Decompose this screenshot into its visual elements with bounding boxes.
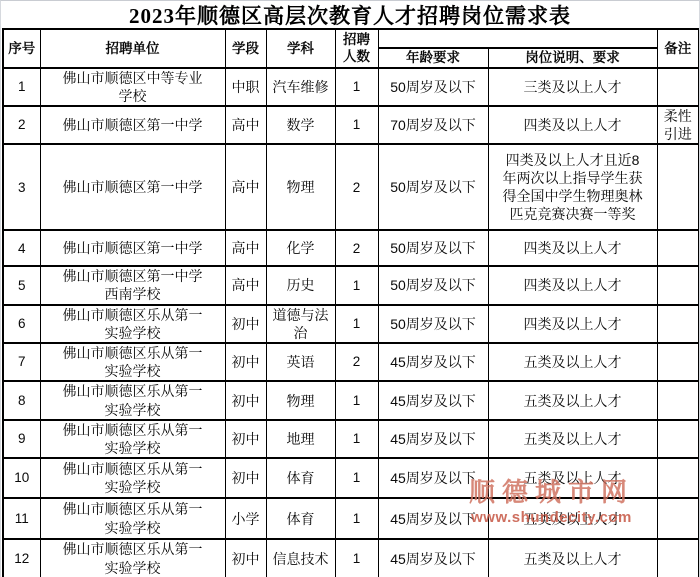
cell-subject: 数学	[266, 106, 335, 144]
table-row: 6 佛山市顺德区乐从第一 实验学校 初中 道德与法 治 1 50周岁及以下 四类…	[3, 305, 699, 343]
col-header-unit: 招聘单位	[40, 29, 225, 68]
cell-count: 1	[335, 420, 378, 458]
cell-index: 3	[3, 144, 40, 230]
cell-subject: 地理	[266, 420, 335, 458]
cell-description: 五类及以上人才	[488, 381, 657, 419]
cell-subject: 物理	[266, 144, 335, 230]
cell-description: 五类及以上人才	[488, 458, 657, 498]
cell-age: 50周岁及以下	[378, 266, 488, 304]
cell-age: 45周岁及以下	[378, 458, 488, 498]
cell-subject: 道德与法 治	[266, 305, 335, 343]
cell-description: 四类及以上人才	[488, 230, 657, 266]
cell-unit: 佛山市顺德区乐从第一 实验学校	[40, 381, 225, 419]
cell-stage: 初中	[225, 343, 266, 381]
cell-remark	[657, 539, 699, 577]
table-body: 1 佛山市顺德区中等专业 学校 中职 汽车维修 1 50周岁及以下 三类及以上人…	[3, 68, 699, 577]
cell-subject: 历史	[266, 266, 335, 304]
cell-index: 5	[3, 266, 40, 304]
cell-description: 五类及以上人才	[488, 343, 657, 381]
cell-remark	[657, 458, 699, 498]
cell-description: 四类及以上人才	[488, 106, 657, 144]
page-title: 2023年顺德区高层次教育人才招聘岗位需求表	[1, 1, 699, 28]
recruitment-table: 序号 招聘单位 学段 学科 招聘 人数 备注 年龄要求 岗位说明、要求 1 佛山…	[2, 28, 700, 577]
cell-age: 50周岁及以下	[378, 305, 488, 343]
cell-unit: 佛山市顺德区第一中学	[40, 144, 225, 230]
cell-index: 8	[3, 381, 40, 419]
cell-subject: 汽车维修	[266, 68, 335, 106]
cell-remark	[657, 230, 699, 266]
cell-stage: 初中	[225, 305, 266, 343]
cell-index: 7	[3, 343, 40, 381]
table-row: 7 佛山市顺德区乐从第一 实验学校 初中 英语 2 45周岁及以下 五类及以上人…	[3, 343, 699, 381]
cell-remark: 柔性 引进	[657, 106, 699, 144]
cell-count: 1	[335, 106, 378, 144]
table-row: 5 佛山市顺德区第一中学 西南学校 高中 历史 1 50周岁及以下 四类及以上人…	[3, 266, 699, 304]
cell-stage: 小学	[225, 498, 266, 539]
cell-stage: 初中	[225, 420, 266, 458]
table-row: 10 佛山市顺德区乐从第一 实验学校 初中 体育 1 45周岁及以下 五类及以上…	[3, 458, 699, 498]
cell-unit: 佛山市顺德区第一中学 西南学校	[40, 266, 225, 304]
cell-description: 四类及以上人才	[488, 305, 657, 343]
cell-unit: 佛山市顺德区第一中学	[40, 106, 225, 144]
cell-age: 50周岁及以下	[378, 68, 488, 106]
col-header-subject: 学科	[266, 29, 335, 68]
cell-count: 1	[335, 266, 378, 304]
cell-count: 2	[335, 144, 378, 230]
cell-subject: 信息技术	[266, 539, 335, 577]
cell-remark	[657, 343, 699, 381]
cell-description: 三类及以上人才	[488, 68, 657, 106]
cell-description: 五类及以上人才	[488, 539, 657, 577]
cell-count: 1	[335, 68, 378, 106]
cell-count: 1	[335, 381, 378, 419]
cell-index: 4	[3, 230, 40, 266]
cell-subject: 体育	[266, 498, 335, 539]
cell-age: 45周岁及以下	[378, 539, 488, 577]
cell-age: 70周岁及以下	[378, 106, 488, 144]
cell-count: 1	[335, 305, 378, 343]
col-header-age: 年龄要求	[378, 48, 488, 68]
cell-index: 1	[3, 68, 40, 106]
cell-stage: 初中	[225, 381, 266, 419]
header-row-top: 序号 招聘单位 学段 学科 招聘 人数 备注	[3, 29, 699, 48]
table-row: 11 佛山市顺德区乐从第一 实验学校 小学 体育 1 45周岁及以下 五类及以上…	[3, 498, 699, 539]
cell-age: 50周岁及以下	[378, 144, 488, 230]
cell-age: 45周岁及以下	[378, 420, 488, 458]
cell-count: 2	[335, 230, 378, 266]
cell-index: 12	[3, 539, 40, 577]
cell-description: 四类及以上人才且近8 年两次以上指导学生获 得全国中学生物理奥林 匹克竞赛决赛一…	[488, 144, 657, 230]
cell-count: 1	[335, 458, 378, 498]
col-header-description: 岗位说明、要求	[488, 48, 657, 68]
cell-unit: 佛山市顺德区乐从第一 实验学校	[40, 305, 225, 343]
cell-description: 四类及以上人才	[488, 266, 657, 304]
cell-remark	[657, 305, 699, 343]
cell-description: 五类及以上人才	[488, 420, 657, 458]
cell-remark	[657, 381, 699, 419]
cell-index: 2	[3, 106, 40, 144]
col-header-remark: 备注	[657, 29, 699, 68]
table-row: 4 佛山市顺德区第一中学 高中 化学 2 50周岁及以下 四类及以上人才	[3, 230, 699, 266]
cell-age: 45周岁及以下	[378, 343, 488, 381]
cell-index: 6	[3, 305, 40, 343]
cell-unit: 佛山市顺德区第一中学	[40, 230, 225, 266]
cell-remark	[657, 144, 699, 230]
cell-unit: 佛山市顺德区乐从第一 实验学校	[40, 498, 225, 539]
document-page: 2023年顺德区高层次教育人才招聘岗位需求表 序号 招聘单位 学段 学科 招聘 …	[0, 0, 700, 577]
cell-unit: 佛山市顺德区乐从第一 实验学校	[40, 420, 225, 458]
cell-stage: 初中	[225, 539, 266, 577]
cell-subject: 化学	[266, 230, 335, 266]
cell-description: 五类及以上人才	[488, 498, 657, 539]
cell-remark	[657, 68, 699, 106]
cell-stage: 高中	[225, 230, 266, 266]
cell-age: 45周岁及以下	[378, 381, 488, 419]
cell-unit: 佛山市顺德区乐从第一 实验学校	[40, 539, 225, 577]
cell-index: 9	[3, 420, 40, 458]
table-row: 2 佛山市顺德区第一中学 高中 数学 1 70周岁及以下 四类及以上人才 柔性 …	[3, 106, 699, 144]
cell-remark	[657, 266, 699, 304]
cell-stage: 初中	[225, 458, 266, 498]
cell-subject: 体育	[266, 458, 335, 498]
table-row: 12 佛山市顺德区乐从第一 实验学校 初中 信息技术 1 45周岁及以下 五类及…	[3, 539, 699, 577]
table-row: 8 佛山市顺德区乐从第一 实验学校 初中 物理 1 45周岁及以下 五类及以上人…	[3, 381, 699, 419]
cell-count: 1	[335, 539, 378, 577]
cell-unit: 佛山市顺德区乐从第一 实验学校	[40, 343, 225, 381]
table-row: 9 佛山市顺德区乐从第一 实验学校 初中 地理 1 45周岁及以下 五类及以上人…	[3, 420, 699, 458]
cell-count: 1	[335, 498, 378, 539]
cell-stage: 高中	[225, 144, 266, 230]
cell-stage: 高中	[225, 266, 266, 304]
table-header: 序号 招聘单位 学段 学科 招聘 人数 备注 年龄要求 岗位说明、要求	[3, 29, 699, 68]
cell-stage: 高中	[225, 106, 266, 144]
cell-index: 10	[3, 458, 40, 498]
cell-subject: 物理	[266, 381, 335, 419]
table-row: 3 佛山市顺德区第一中学 高中 物理 2 50周岁及以下 四类及以上人才且近8 …	[3, 144, 699, 230]
col-header-requirements-group	[378, 29, 657, 48]
cell-remark	[657, 498, 699, 539]
cell-remark	[657, 420, 699, 458]
cell-index: 11	[3, 498, 40, 539]
cell-age: 45周岁及以下	[378, 498, 488, 539]
col-header-count: 招聘 人数	[335, 29, 378, 68]
cell-subject: 英语	[266, 343, 335, 381]
col-header-stage: 学段	[225, 29, 266, 68]
cell-stage: 中职	[225, 68, 266, 106]
cell-age: 50周岁及以下	[378, 230, 488, 266]
cell-unit: 佛山市顺德区乐从第一 实验学校	[40, 458, 225, 498]
table-row: 1 佛山市顺德区中等专业 学校 中职 汽车维修 1 50周岁及以下 三类及以上人…	[3, 68, 699, 106]
cell-unit: 佛山市顺德区中等专业 学校	[40, 68, 225, 106]
cell-count: 2	[335, 343, 378, 381]
col-header-index: 序号	[3, 29, 40, 68]
